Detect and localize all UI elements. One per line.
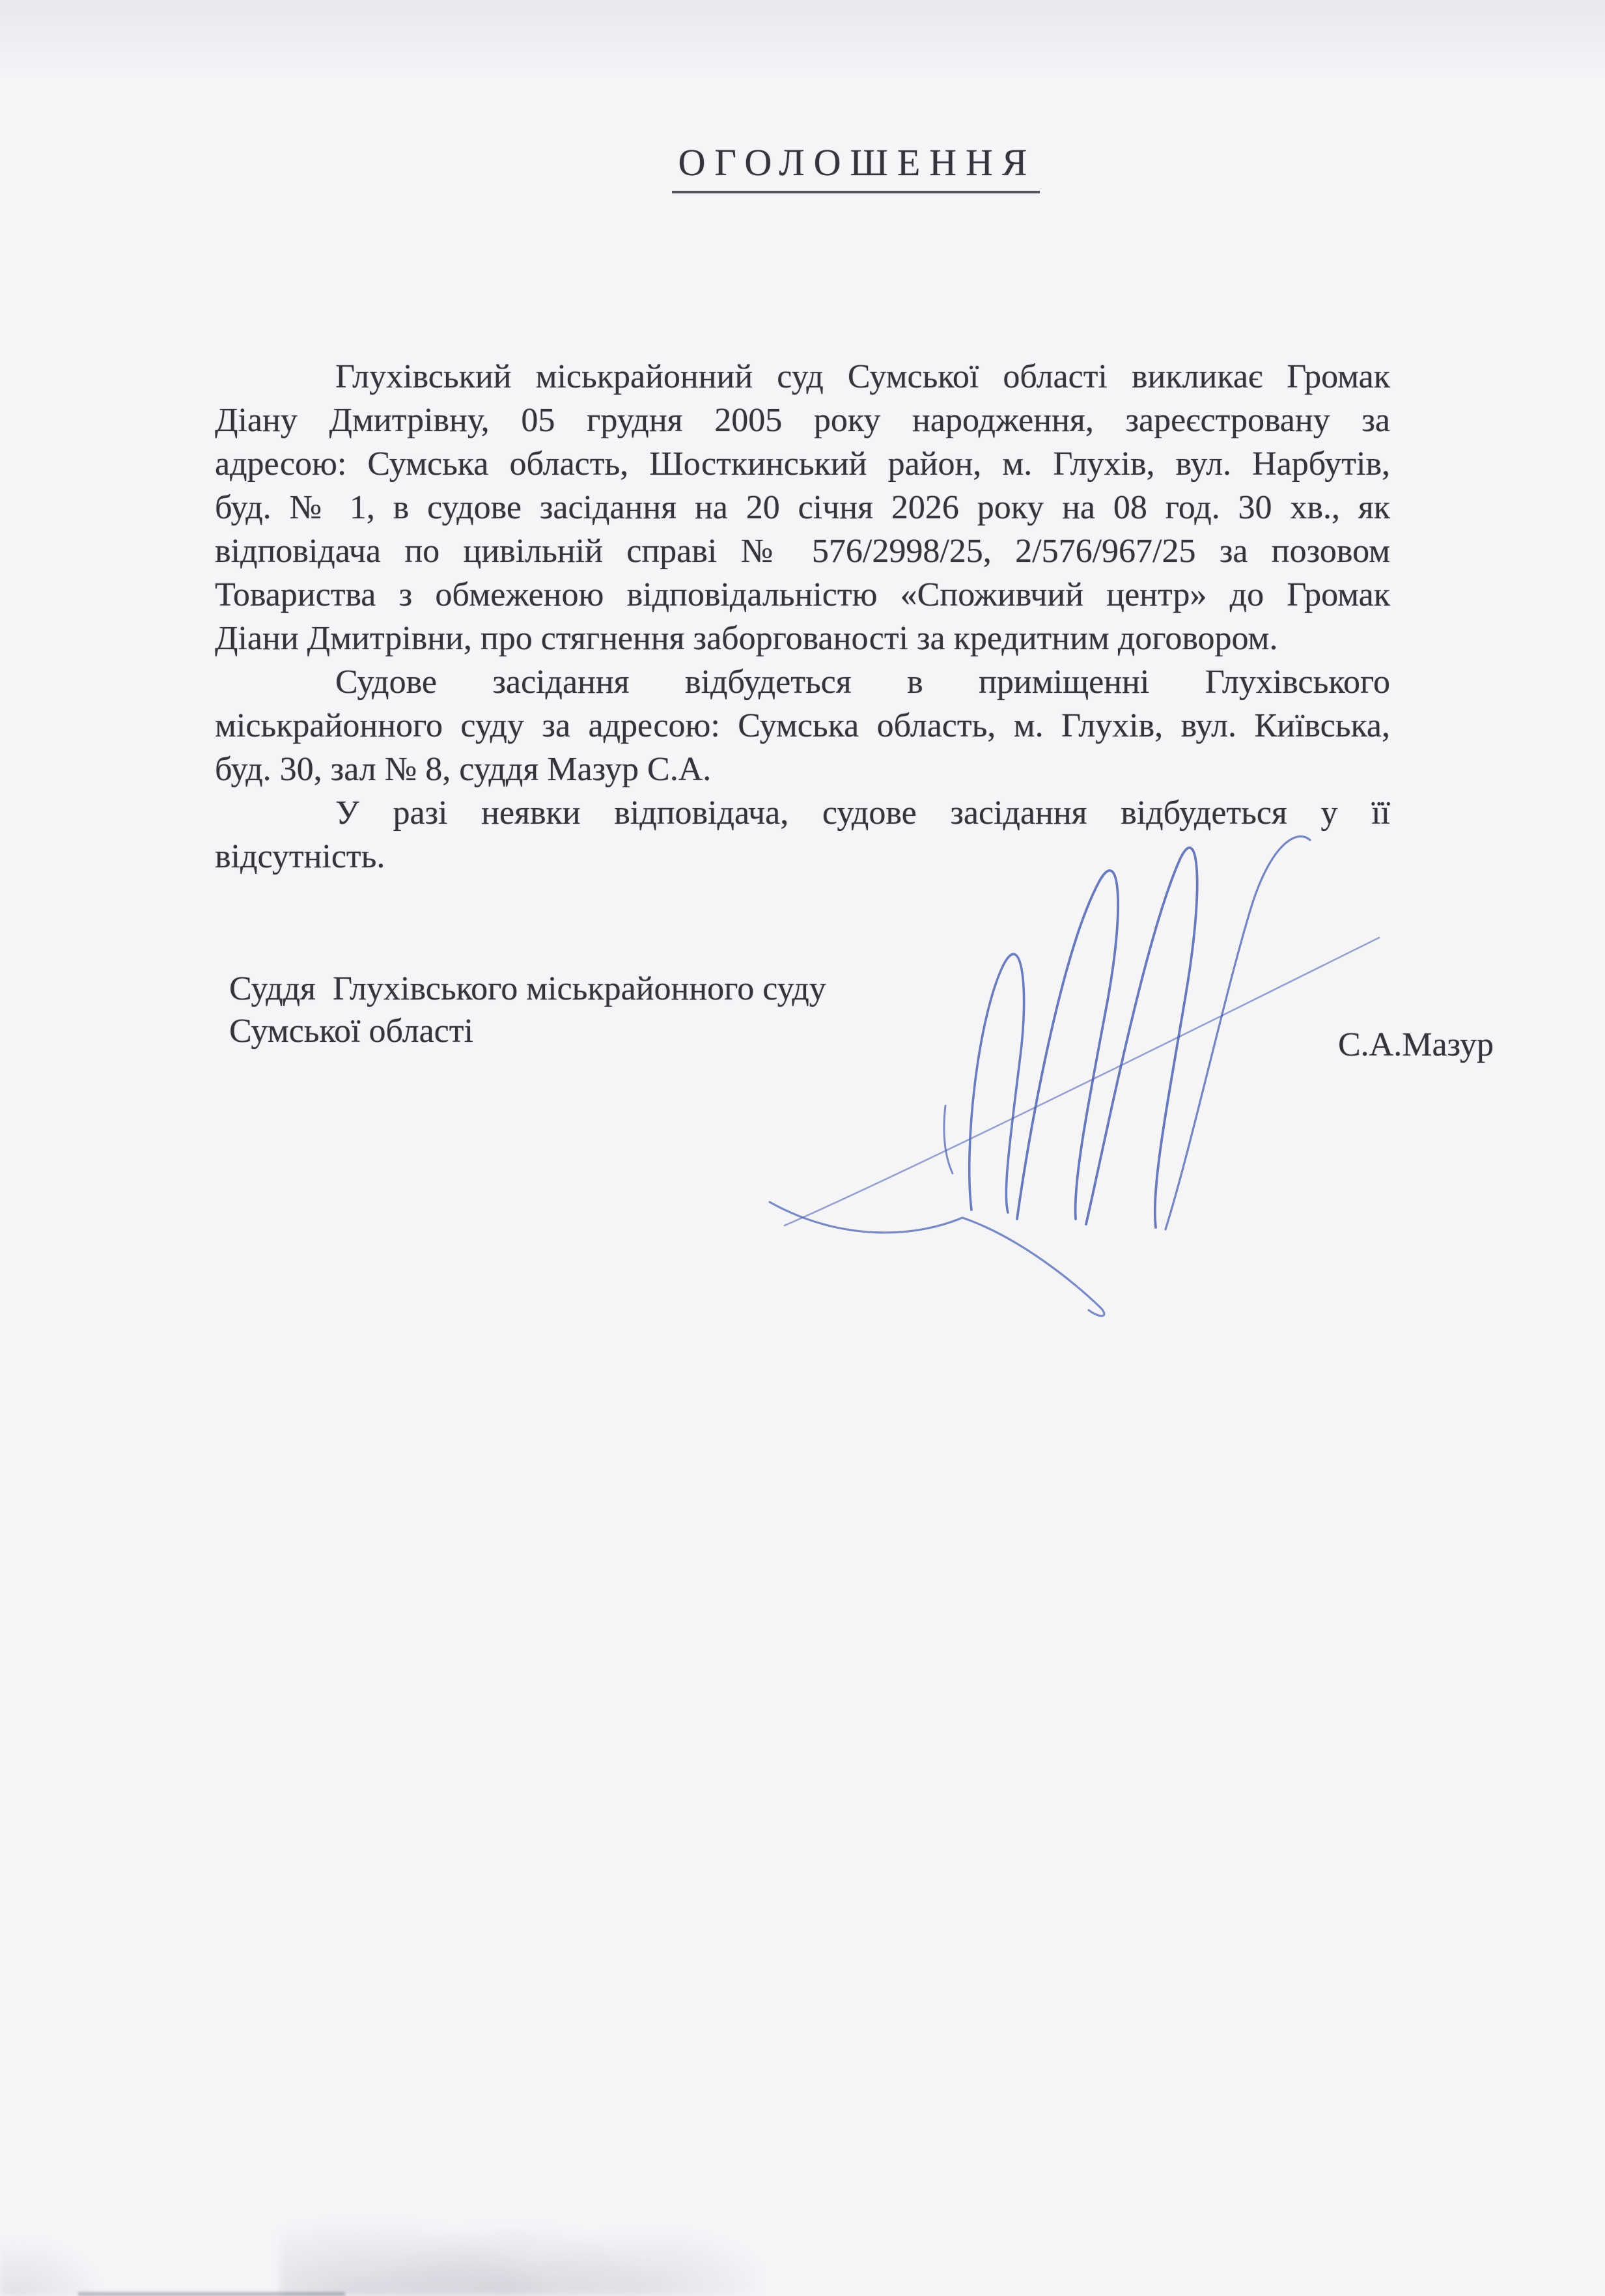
judge-name: С.А.Мазур bbox=[1338, 1024, 1494, 1066]
body-line: адресою: Сумська область, Шосткинський р… bbox=[215, 442, 1390, 486]
scanned-document-page: ОГОЛОШЕННЯ Глухівський міськрайонний суд… bbox=[0, 0, 1605, 2296]
body-line: Діани Дмитрівни, про стягнення заборгова… bbox=[215, 617, 1390, 660]
scan-smudge-bottom bbox=[280, 2166, 762, 2296]
document-title: ОГОЛОШЕННЯ bbox=[53, 141, 1605, 193]
judge-position-line1: Суддя Глухівського міськрайонного суду bbox=[229, 968, 1494, 1010]
body-line: відсутність. bbox=[215, 835, 1390, 878]
body-line: У разі неявки відповідача, судове засіда… bbox=[215, 791, 1390, 835]
judge-position-line2: Сумської області bbox=[229, 1010, 1494, 1052]
body-line: Діану Дмитрівну, 05 грудня 2005 року нар… bbox=[215, 399, 1390, 442]
body-line: міськрайонного суду за адресою: Сумська … bbox=[215, 704, 1390, 748]
body-line: буд. № 1, в судове засідання на 20 січня… bbox=[215, 486, 1390, 529]
body-line: Глухівський міськрайонний суд Сумської о… bbox=[215, 355, 1390, 399]
scan-smudge-corner bbox=[0, 2205, 169, 2296]
body-line: буд. 30, зал № 8, суддя Мазур С.А. bbox=[215, 748, 1390, 791]
body-line: Товариства з обмеженою відповідальністю … bbox=[215, 573, 1390, 617]
signature-block: Суддя Глухівського міськрайонного суду С… bbox=[229, 968, 1494, 1052]
body-line: Судове засідання відбудеться в приміщенн… bbox=[215, 660, 1390, 704]
body-line: відповідача по цивільній справі № 576/29… bbox=[215, 529, 1390, 573]
scan-smudge-edge-line bbox=[78, 2292, 345, 2296]
document-body: Глухівський міськрайонний суд Сумської о… bbox=[215, 355, 1390, 878]
document-title-text: ОГОЛОШЕННЯ bbox=[672, 141, 1040, 193]
scan-shadow-top bbox=[0, 0, 1605, 78]
handwritten-signature bbox=[716, 807, 1419, 1341]
judge-position: Суддя Глухівського міськрайонного суду С… bbox=[229, 968, 1494, 1052]
